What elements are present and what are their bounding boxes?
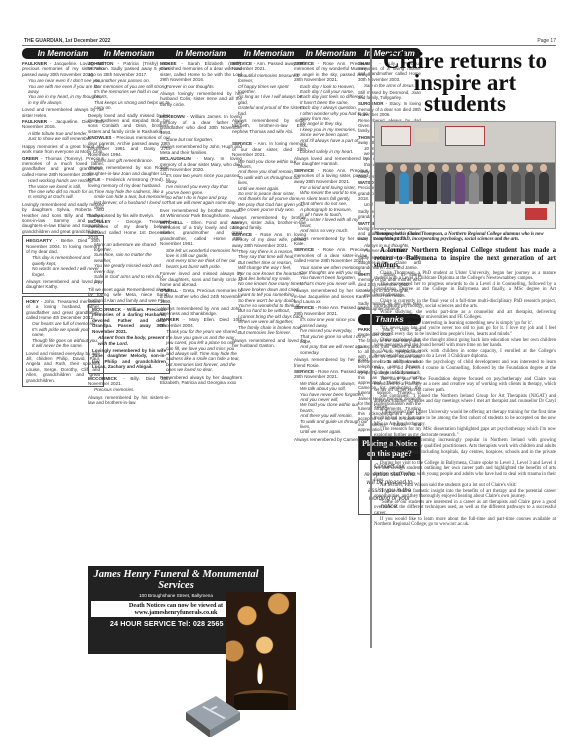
notice-johnston: JOHNSTON - Patricia (Trishy) nee McFerra… xyxy=(88,61,170,134)
section-banner: In Memoriam xyxy=(160,48,242,59)
notice-service-8: SERVICE - Rose Ann. Passed away 28th Nov… xyxy=(294,369,368,442)
page-header: THE GUARDIAN, 1st December 2022 Page 17 xyxy=(22,36,556,46)
article-body: Claire Thompson, a PhD student at Ulster… xyxy=(374,271,556,528)
candle-body xyxy=(234,690,288,710)
notice-mckeown: MCKEOWN - William James. In loving memor… xyxy=(160,114,242,155)
column-divider xyxy=(370,48,372,648)
notice-knowles: KNOWLES - Precious memories of our dear … xyxy=(88,135,170,176)
memoriam-column-3: In Memoriam MCKEE - Sarah Elizabeth (Bet… xyxy=(160,48,242,568)
photo-caption: Photographed is Claire Thompson, a North… xyxy=(374,232,556,243)
bible-icon xyxy=(182,692,242,737)
ad-title: James Henry Funeral & Monumental Service… xyxy=(88,566,264,591)
notice-mitchell: MITCHELL - Ellen. Fond and warm memories… xyxy=(160,220,242,288)
publication-date: THE GUARDIAN, 1st December 2022 xyxy=(24,38,110,44)
page-number: Page 17 xyxy=(537,38,556,44)
notice-parker: PARKER - Mary Ellen. Died 10th December … xyxy=(160,317,242,385)
notice-kyle: KYLE - Frederick Armstrong (Fred). In lo… xyxy=(88,177,170,218)
notice-service-4: SERVICE - Rose Ann. Precious memories of… xyxy=(294,61,368,167)
news-article: Claire returns to inspire art students P… xyxy=(374,48,556,712)
notice-service-6: SERVICE - Rose Ann. Precious memories of… xyxy=(294,247,368,304)
notice-service-5: SERVICE - Rose Ann. Precious memories of… xyxy=(294,168,368,247)
notice-mccormick-billy: MCCORMICK - Billy. Died 30th November 20… xyxy=(88,376,170,406)
notice-service-7: SERVICE - Rose Ann. Passed away 28th Nov… xyxy=(294,305,368,367)
section-banner: In Memoriam xyxy=(294,48,368,59)
section-banner: In Memoriam xyxy=(88,48,170,59)
notice-oneill: O'NEILL - Greta. Precious memories of a … xyxy=(160,288,242,316)
candle-flame-icon xyxy=(257,662,263,684)
notice-mclaughlin: MCLAUGHLIN - Mary. In loving memory of a… xyxy=(160,156,242,218)
notice-mcauley: MCAULEY - George. Treasured memories of … xyxy=(88,219,170,303)
article-photo xyxy=(374,121,556,229)
memoriam-column-2: In Memoriam JOHNSTON - Patricia (Trishy)… xyxy=(88,48,170,568)
article-lead: A former Northern Regional College stude… xyxy=(374,247,556,269)
article-headline: Claire returns to inspire art students xyxy=(374,50,556,115)
notice-mckee: MCKEE - Sarah Elizabeth (Beth). Cherishe… xyxy=(160,61,242,107)
notice-mccormick-william: MCCORMICK - William. Precious memories o… xyxy=(88,304,170,373)
memoriam-column-5: In Memoriam SERVICE - Rose Ann. Precious… xyxy=(294,48,368,712)
newspaper-page: THE GUARDIAN, 1st December 2022 Page 17 … xyxy=(22,36,556,712)
